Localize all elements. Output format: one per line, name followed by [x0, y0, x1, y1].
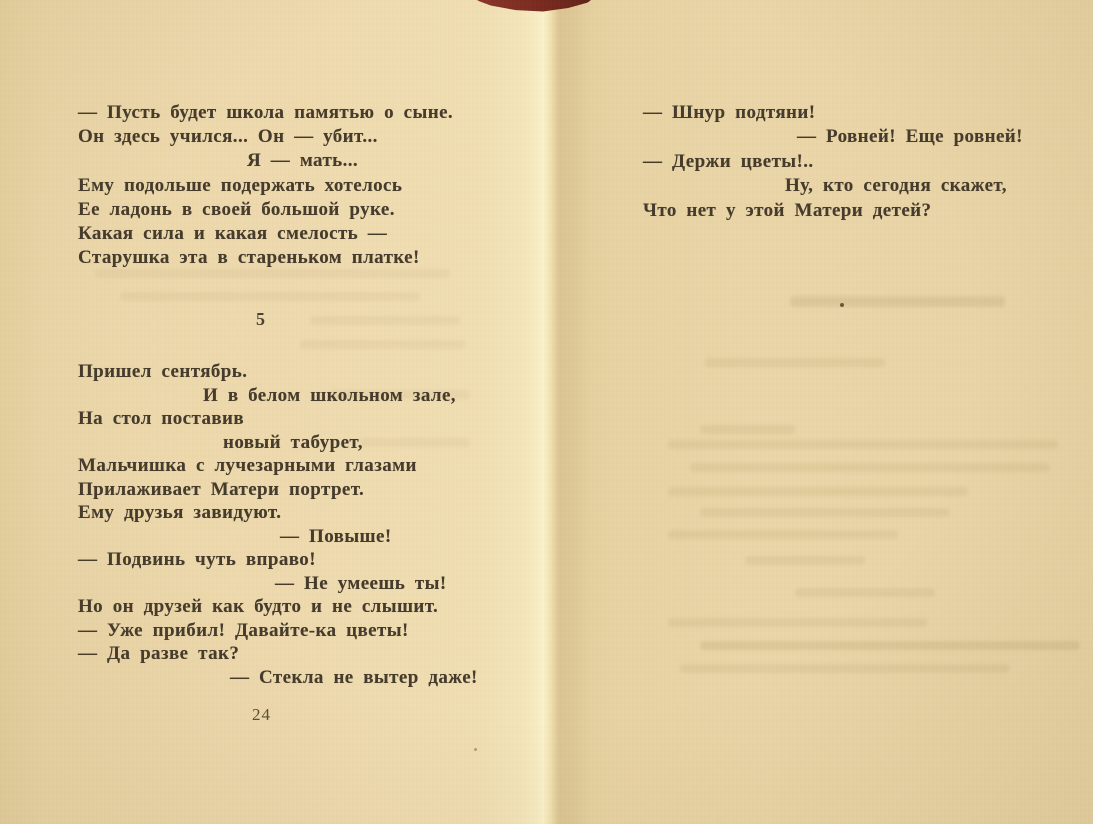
book-spread: — Пусть будет школа памятью о сыне. Он з…	[0, 0, 1093, 824]
poem-line: Ее ладонь в своей большой руке.	[78, 198, 453, 222]
poem-line: Какая сила и какая смелость —	[78, 222, 453, 246]
poem-line: Прилаживает Матери портрет.	[78, 478, 478, 502]
poem-line: — Повыше!	[78, 525, 478, 549]
poem-line: — Шнур подтяни!	[643, 101, 1023, 125]
poem-line: Он здесь учился... Он — убит...	[78, 125, 453, 149]
poem-line: — Подвинь чуть вправо!	[78, 548, 478, 572]
ink-speck	[840, 303, 844, 307]
poem-line: — Стекла не вытер даже!	[78, 666, 478, 690]
poem-line: И в белом школьном зале,	[78, 384, 478, 408]
poem-line: — Пусть будет школа памятью о сыне.	[78, 101, 453, 125]
poem-stanza-main: Пришел сентябрь. И в белом школьном зале…	[78, 360, 478, 689]
poem-line: На стол поставив	[78, 407, 478, 431]
poem-line: новый табурет,	[78, 431, 478, 455]
poem-line: Ему подольше подержать хотелось	[78, 174, 453, 198]
poem-line: Что нет у этой Матери детей?	[643, 199, 1023, 223]
poem-line: — Держи цветы!..	[643, 150, 1023, 174]
poem-line: Я — мать...	[78, 149, 453, 173]
poem-line: Ему друзья завидуют.	[78, 501, 478, 525]
poem-line: Пришел сентябрь.	[78, 360, 478, 384]
poem-line: Мальчишка с лучезарными глазами	[78, 454, 478, 478]
poem-line: Ну, кто сегодня скажет,	[643, 174, 1023, 198]
page-number: 24	[252, 705, 271, 725]
section-number: 5	[256, 309, 265, 330]
poem-line: — Ровней! Еще ровней!	[643, 125, 1023, 149]
poem-line: Но он друзей как будто и не слышит.	[78, 595, 478, 619]
poem-line: Старушка эта в стареньком платке!	[78, 246, 453, 270]
poem-line: — Уже прибил! Давайте-ка цветы!	[78, 619, 478, 643]
ink-speck	[474, 748, 477, 751]
poem-line: — Не умеешь ты!	[78, 572, 478, 596]
poem-stanza-intro: — Пусть будет школа памятью о сыне. Он з…	[78, 101, 453, 270]
poem-stanza-right: — Шнур подтяни! — Ровней! Еще ровней! — …	[643, 101, 1023, 223]
poem-line: — Да разве так?	[78, 642, 478, 666]
